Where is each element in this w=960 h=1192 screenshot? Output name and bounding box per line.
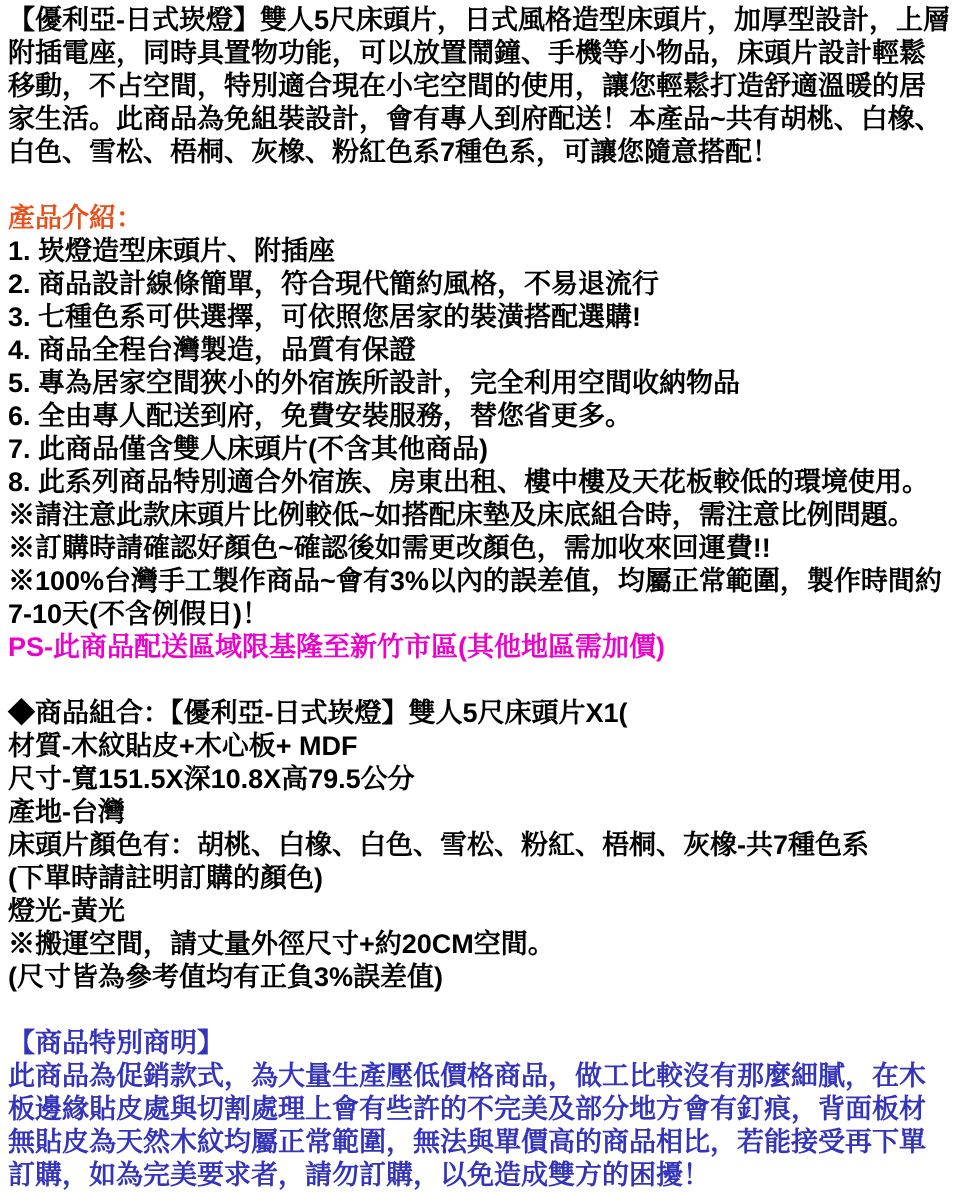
blank-line <box>8 169 952 202</box>
spec-light: 燈光-黃光 <box>8 895 952 928</box>
ps-shipping-area-note: PS-此商品配送區域限基隆至新竹市區(其他地區需加價) <box>8 631 952 664</box>
combo-title: ◆商品組合：【優利亞-日式崁燈】雙人5尺床頭片X1( <box>8 697 952 730</box>
product-description-page: 【優利亞-日式崁燈】雙人5尺床頭片，日式風格造型床頭片，加厚型設計，上層附插電座… <box>0 0 960 1192</box>
intro-item-5: 5. 專為居家空間狹小的外宿族所設計，完全利用空間收納物品 <box>8 367 952 400</box>
intro-item-3: 3. 七種色系可供選擇，可依照您居家的裝潢搭配選購! <box>8 301 952 334</box>
note-handmade-tolerance: ※100%台灣手工製作商品~會有3%以內的誤差值，均屬正常範圍，製作時間約7-1… <box>8 565 952 631</box>
spec-color-options: 床頭片顏色有：胡桃、白橡、白色、雪松、粉紅、梧桐、灰橡-共7種色系 <box>8 829 952 862</box>
special-statement-paragraph: 此商品為促銷款式，為大量生產壓低價格商品，做工比較沒有那麼細膩，在木板邊緣貼皮處… <box>8 1060 952 1192</box>
spec-origin: 產地-台灣 <box>8 796 952 829</box>
intro-item-2: 2. 商品設計線條簡單，符合現代簡約風格，不易退流行 <box>8 268 952 301</box>
spec-color-order-note: (下單時請註明訂購的顏色) <box>8 862 952 895</box>
blank-line <box>8 994 952 1027</box>
intro-item-7: 7. 此商品僅含雙人床頭片(不含其他商品) <box>8 433 952 466</box>
spec-tolerance-note: (尺寸皆為參考值均有正負3%誤差值) <box>8 961 952 994</box>
spec-material: 材質-木紋貼皮+木心板+ MDF <box>8 730 952 763</box>
spec-dimensions: 尺寸-寬151.5X深10.8X高79.5公分 <box>8 763 952 796</box>
spec-moving-space-note: ※搬運空間，請丈量外徑尺寸+約20CM空間。 <box>8 928 952 961</box>
intro-item-1: 1. 崁燈造型床頭片、附插座 <box>8 235 952 268</box>
special-statement-heading: 【商品特別商明】 <box>8 1027 952 1060</box>
note-color-confirmation: ※訂購時請確認好顏色~確認後如需更改顏色，需加收來回運費!! <box>8 532 952 565</box>
product-intro-paragraph: 【優利亞-日式崁燈】雙人5尺床頭片，日式風格造型床頭片，加厚型設計，上層附插電座… <box>8 4 952 169</box>
section-heading-product-intro: 產品介紹： <box>8 202 952 235</box>
intro-item-8: 8. 此系列商品特別適合外宿族、房東出租、樓中樓及天花板較低的環境使用。 <box>8 466 952 499</box>
intro-item-4: 4. 商品全程台灣製造，品質有保證 <box>8 334 952 367</box>
note-proportion-warning: ※請注意此款床頭片比例較低~如搭配床墊及床底組合時，需注意比例問題。 <box>8 499 952 532</box>
blank-line <box>8 664 952 697</box>
intro-item-6: 6. 全由專人配送到府，免費安裝服務，替您省更多。 <box>8 400 952 433</box>
